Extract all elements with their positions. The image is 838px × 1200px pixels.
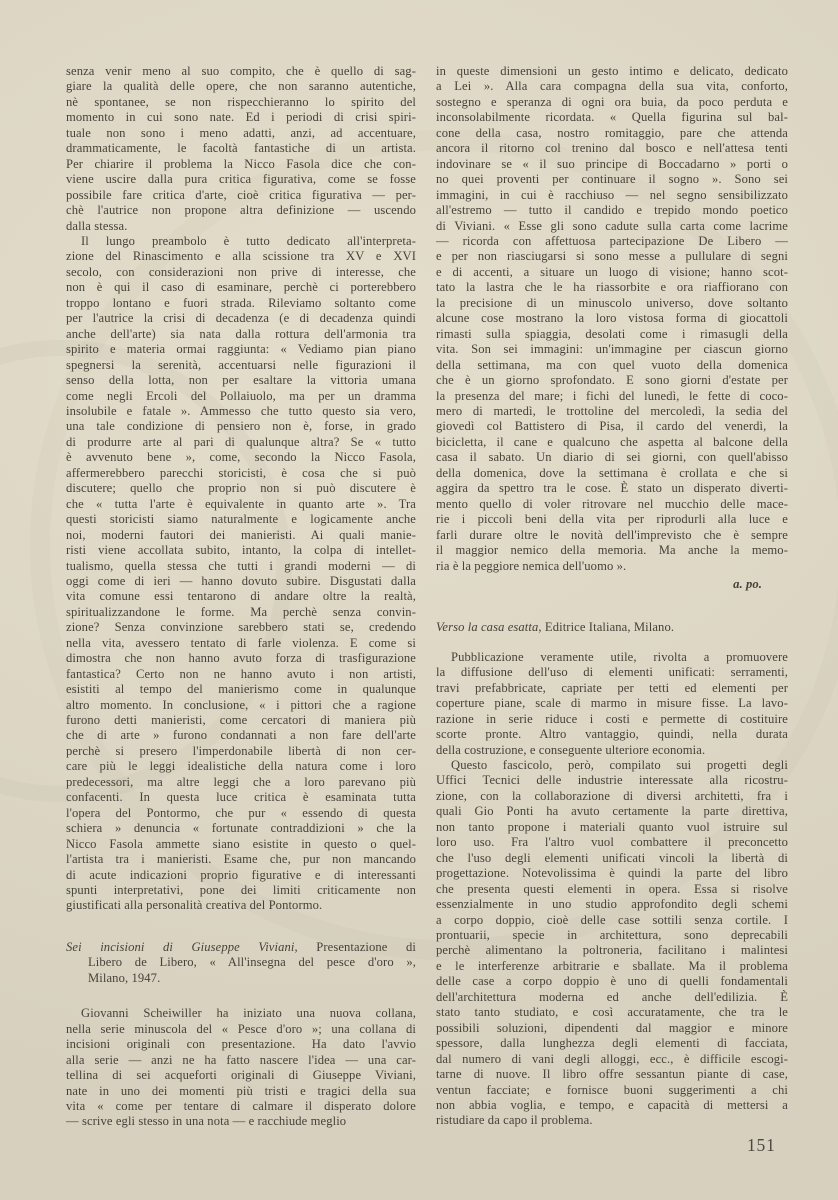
- text-line: Uffici Tecnici delle industrie interessa…: [436, 773, 788, 788]
- text-line: tualismo, quella stessa che tutti i gran…: [66, 559, 416, 574]
- text-line: progettazione. Notevolissima è quindi la…: [436, 866, 788, 881]
- citation-text: , Editrice Italiana, Milano.: [538, 620, 674, 634]
- text-line: e le interferenze arbitrarie e sballate.…: [436, 959, 788, 974]
- text-line: zione, con la collaborazione di diversi …: [436, 789, 788, 804]
- text-line: incisioni originali con presentazione. H…: [66, 1037, 416, 1052]
- text-line: a Lei ». Alla cara compagna della sua vi…: [436, 79, 788, 94]
- text-line: spiritualizzandone le forme. Ma perchè s…: [66, 605, 416, 620]
- text-line: — ricorda con affettuosa partecipazione …: [436, 234, 788, 249]
- text-line: senso della lotta, non per esaltare la v…: [66, 373, 416, 388]
- text-line: l'artista tra i manieristi. Esame che, p…: [66, 852, 416, 867]
- text-line: Nicco Fasola ammette siano esistite in q…: [66, 837, 416, 852]
- text-line: di Viviani. « Esse gli sono cadute sulla…: [436, 219, 788, 234]
- text-line: viene uscire dalla pura critica figurati…: [66, 172, 416, 187]
- text-line: mero di martedì, le trottoline del merco…: [436, 404, 788, 419]
- text-line: tato la lastra che le ha riassorbite e o…: [436, 280, 788, 295]
- text-line: alla serie — anzi ne ha fatto nascere l'…: [66, 1053, 416, 1068]
- text-line: dalla stessa.: [66, 219, 416, 234]
- text-line: giare la qualità delle opere, che non sa…: [66, 79, 416, 94]
- text-line: ristudiare da capo il problema.: [436, 1113, 788, 1128]
- text-line: la precisione di un minuscolo universo, …: [436, 296, 788, 311]
- column-left: senza venir meno al suo compito, che è q…: [66, 64, 416, 1130]
- text-line: che presenta questi elementi in opera. E…: [436, 882, 788, 897]
- text-line: della costruzione, e conseguente ulterio…: [436, 743, 788, 758]
- text-line: casa il sabato. Un diario di sei giorni,…: [436, 450, 788, 465]
- text-line: tuale non sono i meno adatti, anzi, ad a…: [66, 126, 416, 141]
- text-block: senza venir meno al suo compito, che è q…: [66, 64, 416, 234]
- text-line: tarne di nuove. Il libro offre sessantun…: [436, 1067, 788, 1082]
- reviewer-initials: a. po.: [436, 577, 788, 592]
- text-line: per l'autrice la crisi di decadenza (e d…: [66, 311, 416, 326]
- text-line: vita « come per tentare di calmare il di…: [66, 1099, 416, 1114]
- text-line: prontuarii, specie in architettura, sono…: [436, 928, 788, 943]
- text-line: senza venir meno al suo compito, che è q…: [66, 64, 416, 79]
- text-line: spegnersi la serenità, accentuarsi nelle…: [66, 358, 416, 373]
- text-line: chè l'autrice non propone altra definizi…: [66, 203, 416, 218]
- text-line: ventun facciate; e fornisce buoni sugger…: [436, 1083, 788, 1098]
- text-line: momento in cui sono nate. Ed i periodi d…: [66, 110, 416, 125]
- text-line: Giovanni Scheiwiller ha iniziato una nuo…: [66, 1006, 416, 1021]
- book-title-italic: Sei incisioni di Giuseppe Viviani: [66, 940, 295, 954]
- text-block: Il lungo preambolo è tutto dedicato all'…: [66, 234, 416, 914]
- text-line: vita. Son sei immagini: un'immagine per …: [436, 342, 788, 357]
- text-line: scorte pronte. Altro vantaggio, quindi, …: [436, 727, 788, 742]
- text-line: e di accenti, a situare un luogo di visi…: [436, 265, 788, 280]
- review-citation-heading: Sei incisioni di Giuseppe Viviani, Prese…: [66, 940, 416, 986]
- text-line: spirito e materia ormai raggiunta: « Ved…: [66, 342, 416, 357]
- text-block: Pubblicazione veramente utile, rivolta a…: [436, 650, 788, 758]
- text-line: non tanto propone i materiali quanto vuo…: [436, 820, 788, 835]
- text-line: delle case a corpo doppio è uno di quell…: [436, 974, 788, 989]
- text-line: Verso la casa esatta, Editrice Italiana,…: [436, 620, 788, 635]
- text-line: loro uso. Fra l'altro vuol combattere il…: [436, 835, 788, 850]
- text-line: farli durare oltre le novità dell'imprev…: [436, 528, 788, 543]
- text-line: giustificati alla personalità creativa d…: [66, 898, 416, 913]
- text-line: Milano, 1947.: [66, 971, 416, 986]
- text-line: dell'architettura moderna ed anche dell'…: [436, 990, 788, 1005]
- text-line: alcune cose mostrano la loro vistosa for…: [436, 311, 788, 326]
- text-line: risti viene accollata subito, intanto, l…: [66, 543, 416, 558]
- text-line: stato tanto studiato, e così accuratamen…: [436, 1005, 788, 1020]
- text-line: e per non riasciugarsi si sono messe a p…: [436, 249, 788, 264]
- text-line: affermerebbero parecchi storicisti, è co…: [66, 466, 416, 481]
- text-line: zione? Senza convinzione sarebbero stati…: [66, 620, 416, 635]
- column-right: in queste dimensioni un gesto intimo e d…: [436, 64, 788, 1129]
- text-line: bicicletta, il cane e qualcuno che aspet…: [436, 435, 788, 450]
- text-line: che è un giorno sprofondato. E sono gior…: [436, 373, 788, 388]
- text-line: ancora il ritorno col trenino dal bosco …: [436, 141, 788, 156]
- text-line: all'estremo — tutto il candido e trepido…: [436, 203, 788, 218]
- text-line: care più le leggi idealistiche della nat…: [66, 759, 416, 774]
- text-line: che di arte » furono condannati a non fa…: [66, 728, 416, 743]
- text-line: come negli Ercoli del Pollaiuolo, ma per…: [66, 389, 416, 404]
- text-line: non abbia voglia, e tempo, e capacità di…: [436, 1098, 788, 1113]
- text-line: dimostra che non hanno avuto forza di tr…: [66, 651, 416, 666]
- text-line: spessore, dalla lunghezza degli elementi…: [436, 1036, 788, 1051]
- text-line: anche dell'arte) sia nata dalla rottura …: [66, 327, 416, 342]
- text-line: non è qui il caso di esaminare, perchè c…: [66, 280, 416, 295]
- text-line: Questo fascicolo, però, compilato sui pr…: [436, 758, 788, 773]
- text-line: mento quello di voler ritrovare nel mucc…: [436, 497, 788, 512]
- text-line: Sei incisioni di Giuseppe Viviani, Prese…: [66, 940, 416, 955]
- text-line: dal numero di vani degli alloggi, ecc., …: [436, 1052, 788, 1067]
- text-line: nella vita, avessero tentato di farle vi…: [66, 636, 416, 651]
- text-line: aggira da spettro tra le cose. È stato u…: [436, 481, 788, 496]
- text-line: rimasti sulla spiaggia, desolati come i …: [436, 327, 788, 342]
- text-line: indovinare se « il suo principe di Bocca…: [436, 157, 788, 172]
- text-line: oggi come di ieri — hanno dovuto subire.…: [66, 574, 416, 589]
- text-line: una tale condizione di pensiero non è, f…: [66, 419, 416, 434]
- book-title-italic: Verso la casa esatta: [436, 620, 538, 634]
- text-line: altro momento. In conclusione, « i pitto…: [66, 698, 416, 713]
- text-line: no quei proventi per continuare il sogno…: [436, 172, 788, 187]
- text-line: Per chiarire il problema la Nicco Fasola…: [66, 157, 416, 172]
- text-line: secolo, con considerazioni non prive di …: [66, 265, 416, 280]
- text-line: è avvenuto bene », come, secondo la Nicc…: [66, 450, 416, 465]
- text-line: zione del Rinascimento e alla scissione …: [66, 249, 416, 264]
- text-line: quali Gio Ponti ha avuto certamente la p…: [436, 804, 788, 819]
- text-line: Libero de Libero, « All'insegna del pesc…: [66, 955, 416, 970]
- text-line: fantastica? Certo non ne hanno avuto i n…: [66, 667, 416, 682]
- text-line: l'opera del Pontormo, che pur « essendo …: [66, 806, 416, 821]
- text-line: immagini, in cui è racchiuso — nel segno…: [436, 188, 788, 203]
- text-block: in queste dimensioni un gesto intimo e d…: [436, 64, 788, 574]
- text-line: a. po.: [436, 577, 788, 592]
- text-line: coperture piane, scale di marmo in misur…: [436, 696, 788, 711]
- text-line: della domenica, dove la settimana è crol…: [436, 466, 788, 481]
- review-citation-heading: Verso la casa esatta, Editrice Italiana,…: [436, 620, 788, 635]
- text-line: nè spontanee, se non rispecchieranno lo …: [66, 95, 416, 110]
- text-line: la presenza del mare; i fichi del lunedì…: [436, 389, 788, 404]
- text-line: di acute indicazioni proprio figurative …: [66, 868, 416, 883]
- text-line: — scrive egli stesso in una nota — e rac…: [66, 1114, 416, 1129]
- text-line: vita comune essi tentarono di andare olt…: [66, 589, 416, 604]
- text-line: perchè alimentano la poltroneria, facili…: [436, 943, 788, 958]
- text-line: tellina di sei acqueforti originali di G…: [66, 1068, 416, 1083]
- text-line: discutere; quello che proprio non si può…: [66, 481, 416, 496]
- text-line: drammaticamente, le facoltà fantastiche …: [66, 141, 416, 156]
- text-line: esistiti al tempo del manierismo come in…: [66, 682, 416, 697]
- text-line: cone della casa, nostro romitaggio, pare…: [436, 126, 788, 141]
- text-line: essenzialmente in uno studio approfondit…: [436, 897, 788, 912]
- text-line: razione in serie riduce i costi e permet…: [436, 712, 788, 727]
- text-line: di produrre arte al pari di qualunque al…: [66, 435, 416, 450]
- text-block: Giovanni Scheiwiller ha iniziato una nuo…: [66, 1006, 416, 1130]
- text-line: nella serie minuscola del « Pesce d'oro …: [66, 1022, 416, 1037]
- page-number: 151: [747, 1135, 776, 1156]
- text-line: possibile fare critica d'arte, cioè crit…: [66, 188, 416, 203]
- text-line: questi storicisti siamo naturalmente e l…: [66, 512, 416, 527]
- text-line: che l'uso degli elementi unificati vinco…: [436, 851, 788, 866]
- text-line: confacenti. In questa luce critica è esa…: [66, 790, 416, 805]
- text-line: giovedì col Battistero di Pisa, il cardo…: [436, 419, 788, 434]
- text-line: della settimana, ma con quel vuoto della…: [436, 358, 788, 373]
- text-line: schiera » denuncia « fortunate contraddi…: [66, 821, 416, 836]
- text-line: troppo lontano e fuori strada. Rileviamo…: [66, 296, 416, 311]
- text-line: che « tutta l'arte è equivalente in quan…: [66, 497, 416, 512]
- citation-text: , Presentazione di: [295, 940, 417, 954]
- text-line: travi prefabbricate, capriate per tetti …: [436, 681, 788, 696]
- text-line: la diffusione dell'uso di elementi unifi…: [436, 665, 788, 680]
- text-line: a corpo doppio, cioè delle case sottili …: [436, 913, 788, 928]
- text-line: Pubblicazione veramente utile, rivolta a…: [436, 650, 788, 665]
- scanned-page: senza venir meno al suo compito, che è q…: [0, 0, 838, 1200]
- text-block: Questo fascicolo, però, compilato sui pr…: [436, 758, 788, 1129]
- text-line: nate in uno dei momenti più tristi e tra…: [66, 1084, 416, 1099]
- text-line: inconsolabilmente ricordata. « Quella fi…: [436, 110, 788, 125]
- text-line: in queste dimensioni un gesto intimo e d…: [436, 64, 788, 79]
- text-line: noi, moderni fautori dei manieristi. Ai …: [66, 528, 416, 543]
- text-line: il maggior nemico della memoria. Ma anch…: [436, 543, 788, 558]
- text-line: possibili soluzioni, dipendenti dal magg…: [436, 1021, 788, 1036]
- text-line: ria è la peggiore nemica dell'uomo ».: [436, 559, 788, 574]
- text-line: spunti interpretativi, pone dei limiti c…: [66, 883, 416, 898]
- text-line: rie i piccoli beni della vita per riprod…: [436, 512, 788, 527]
- text-line: furono detti manieristi, come cercatori …: [66, 713, 416, 728]
- text-line: predecessori, ma altre leggi che a loro …: [66, 775, 416, 790]
- text-line: sostegno e speranza di ogni ora buia, da…: [436, 95, 788, 110]
- text-line: Il lungo preambolo è tutto dedicato all'…: [66, 234, 416, 249]
- text-line: perchè si presero l'imperdonabile libert…: [66, 744, 416, 759]
- text-line: insolubile e fatale ». Ammesso che tutto…: [66, 404, 416, 419]
